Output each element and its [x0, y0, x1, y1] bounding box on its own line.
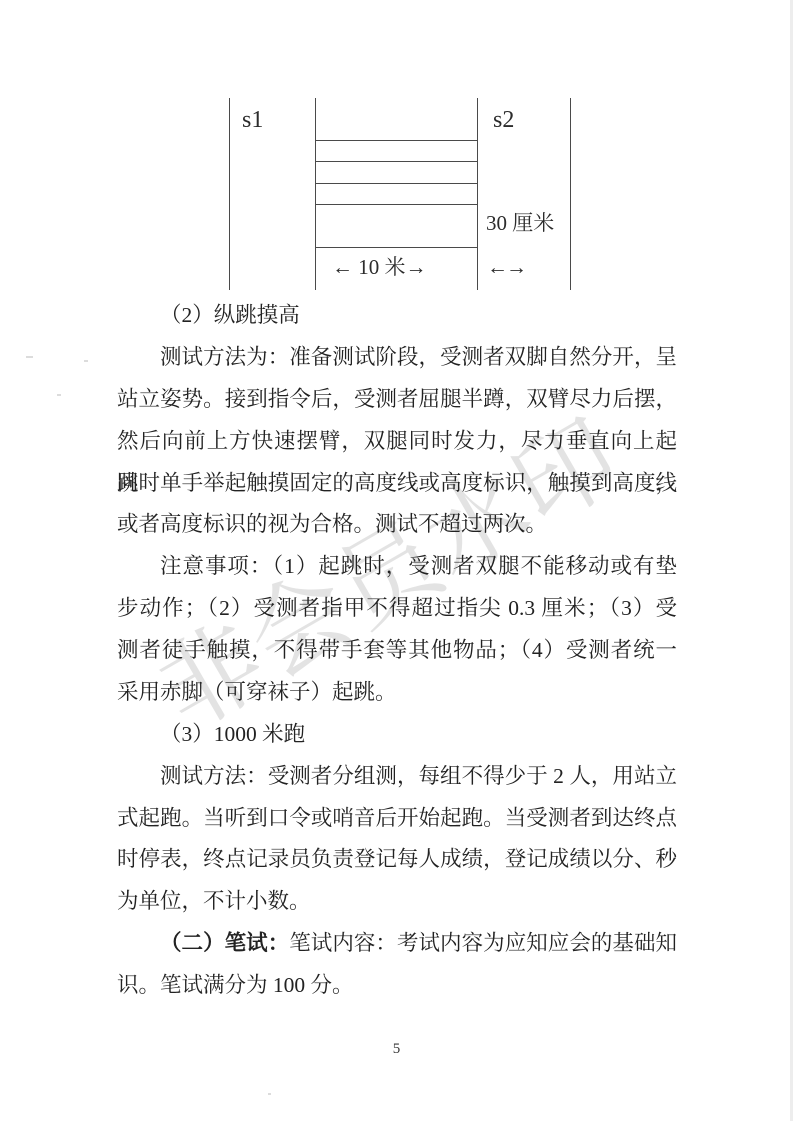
page-number: 5 [0, 1041, 793, 1058]
text-line: （3）1000 米跑 [117, 714, 677, 756]
diagram-inner-right-line [477, 98, 478, 290]
scan-speck [57, 394, 61, 396]
text-line: 站立姿势。接到指令后，受测者屈腿半蹲，双臂尽力后摆， [117, 379, 677, 421]
diagram-outer-left-line [229, 98, 230, 290]
text-line: 为单位，不计小数。 [117, 881, 677, 923]
text-run-bold: （二）笔试： [160, 931, 289, 955]
text-line: （2）纵跳摸高 [117, 295, 677, 337]
diagram-lane-line [315, 183, 478, 184]
text-line: 然后向前上方快速摆臂，双腿同时发力，尽力垂直向上起跳， [117, 421, 677, 463]
text-line: 或者高度标识的视为合格。测试不超过两次。 [117, 504, 677, 546]
text-line: （二）笔试：笔试内容：考试内容为应知应会的基础知 [117, 923, 677, 965]
shuttle-run-diagram: s1 s2 30 厘米 ← 10 米→ ←→ [0, 0, 793, 300]
diagram-label-30cm: 30 厘米 [486, 211, 554, 236]
diagram-label-s2: s2 [493, 106, 514, 135]
document-page: 非会员水印 s1 s2 30 厘米 ← 10 米→ ←→ （2）纵跳摸高测试方法… [0, 0, 793, 1121]
diagram-lane-line [315, 204, 478, 205]
text-line: 时停表，终点记录员负责登记每人成绩，登记成绩以分、秒 [117, 839, 677, 881]
text-line: 识。笔试满分为 100 分。 [117, 965, 677, 1007]
scan-speck [26, 356, 33, 358]
diagram-label-10m-arrow: ← 10 米→ [332, 255, 427, 280]
diagram-inner-left-line [315, 98, 316, 290]
diagram-label-s1: s1 [242, 106, 263, 135]
text-line: 步动作；（2）受测者指甲不得超过指尖 0.3 厘米；（3）受 [117, 588, 677, 630]
text-line: 采用赤脚（可穿袜子）起跳。 [117, 672, 677, 714]
diagram-lane-line [315, 161, 478, 162]
diagram-lane-line [315, 140, 478, 141]
diagram-lane-line [315, 247, 478, 248]
text-line: 测试方法：受测者分组测，每组不得少于 2 人，用站立 [117, 756, 677, 798]
text-run: 笔试内容：考试内容为应知应会的基础知 [289, 931, 677, 955]
text-line: 测者徒手触摸，不得带手套等其他物品；（4）受测者统一 [117, 630, 677, 672]
text-line: 测试方法为：准备测试阶段，受测者双脚自然分开，呈 [117, 337, 677, 379]
text-line: 同时单手举起触摸固定的高度线或高度标识，触摸到高度线 [117, 463, 677, 505]
scan-speck [84, 360, 88, 362]
diagram-outer-right-line [570, 98, 571, 290]
document-body: （2）纵跳摸高测试方法为：准备测试阶段，受测者双脚自然分开，呈站立姿势。接到指令… [117, 295, 677, 1007]
text-line: 注意事项：（1）起跳时，受测者双腿不能移动或有垫 [117, 546, 677, 588]
diagram-gap-arrows-icon: ←→ [487, 255, 525, 280]
scan-speck [268, 1093, 271, 1095]
text-line: 式起跑。当听到口令或哨音后开始起跑。当受测者到达终点 [117, 798, 677, 840]
